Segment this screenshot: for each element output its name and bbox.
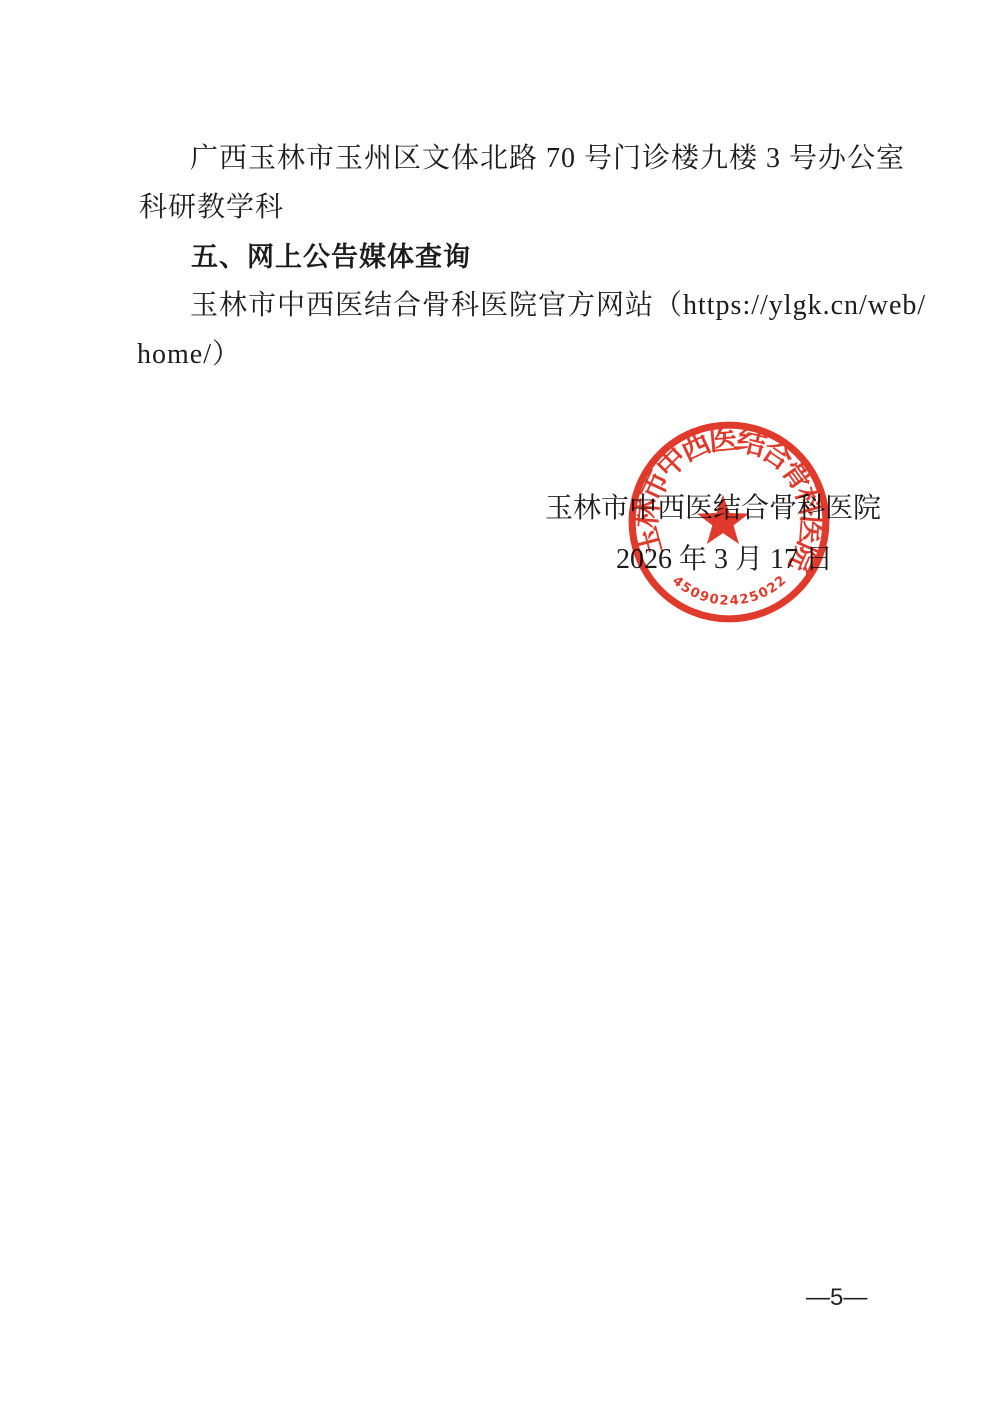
official-seal: 玉林市中西医结合骨科医院 4509024250226: [618, 411, 840, 633]
star-icon: [697, 495, 749, 544]
document-page: 广西玉林市玉州区文体北路 70 号门诊楼九楼 3 号办公室 科研教学科 五、网上…: [0, 0, 1000, 1402]
address-line-1: 广西玉林市玉州区文体北路 70 号门诊楼九楼 3 号办公室: [190, 136, 905, 176]
address-line-2: 科研教学科: [139, 185, 284, 225]
website-line-2: home/）: [137, 332, 241, 372]
seal-arc-label: 玉林市中西医结合骨科医院: [630, 422, 830, 578]
section-heading: 五、网上公告媒体查询: [191, 235, 471, 274]
page-number: —5—: [806, 1284, 867, 1312]
website-line-1: 玉林市中西医结合骨科医院官方网站（https://ylgk.cn/web/: [190, 283, 926, 323]
